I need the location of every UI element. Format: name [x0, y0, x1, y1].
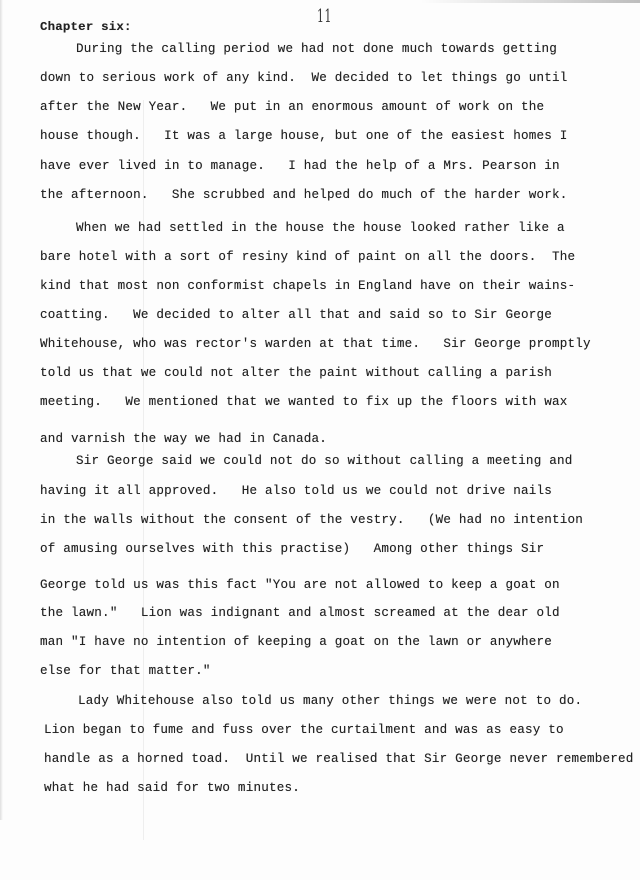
document-page: 11 Chapter six: During the calling perio…	[0, 0, 640, 880]
text-line: George told us was this fact "You are no…	[40, 578, 560, 592]
text-line: Lady Whitehouse also told us many other …	[78, 694, 582, 708]
text-line: Lion began to fume and fuss over the cur…	[44, 723, 564, 737]
text-line: meeting. We mentioned that we wanted to …	[40, 395, 568, 409]
scan-left-edge	[0, 0, 3, 820]
text-line: told us that we could not alter the pain…	[40, 366, 552, 380]
text-line: Sir George said we could not do so witho…	[76, 454, 572, 468]
text-line: When we had settled in the house the hou…	[76, 221, 565, 235]
text-line: in the walls without the consent of the …	[40, 513, 583, 527]
text-line: kind that most non conformist chapels in…	[40, 279, 575, 293]
text-line: of amusing ourselves with this practise)…	[40, 542, 544, 556]
text-line: after the New Year. We put in an enormou…	[40, 100, 544, 114]
text-line: bare hotel with a sort of resiny kind of…	[40, 250, 575, 264]
text-line: handle as a horned toad. Until we realis…	[44, 752, 634, 766]
text-line: else for that matter."	[40, 664, 211, 678]
text-line: having it all approved. He also told us …	[40, 484, 552, 498]
text-line: During the calling period we had not don…	[76, 42, 557, 56]
handwritten-page-number: 11	[317, 6, 332, 27]
text-line: and varnish the way we had in Canada.	[40, 432, 327, 446]
text-line: the afternoon. She scrubbed and helped d…	[40, 188, 568, 202]
scan-edge-shadow	[420, 0, 640, 3]
text-line: have ever lived in to manage. I had the …	[40, 159, 560, 173]
text-line: house though. It was a large house, but …	[40, 129, 568, 143]
text-line: down to serious work of any kind. We dec…	[40, 71, 568, 85]
text-line: coatting. We decided to alter all that a…	[40, 308, 552, 322]
text-line: man "I have no intention of keeping a go…	[40, 635, 552, 649]
chapter-title: Chapter six:	[40, 20, 132, 34]
text-line: what he had said for two minutes.	[44, 781, 300, 795]
text-line: Whitehouse, who was rector's warden at t…	[40, 337, 591, 351]
text-line: the lawn." Lion was indignant and almost…	[40, 606, 560, 620]
